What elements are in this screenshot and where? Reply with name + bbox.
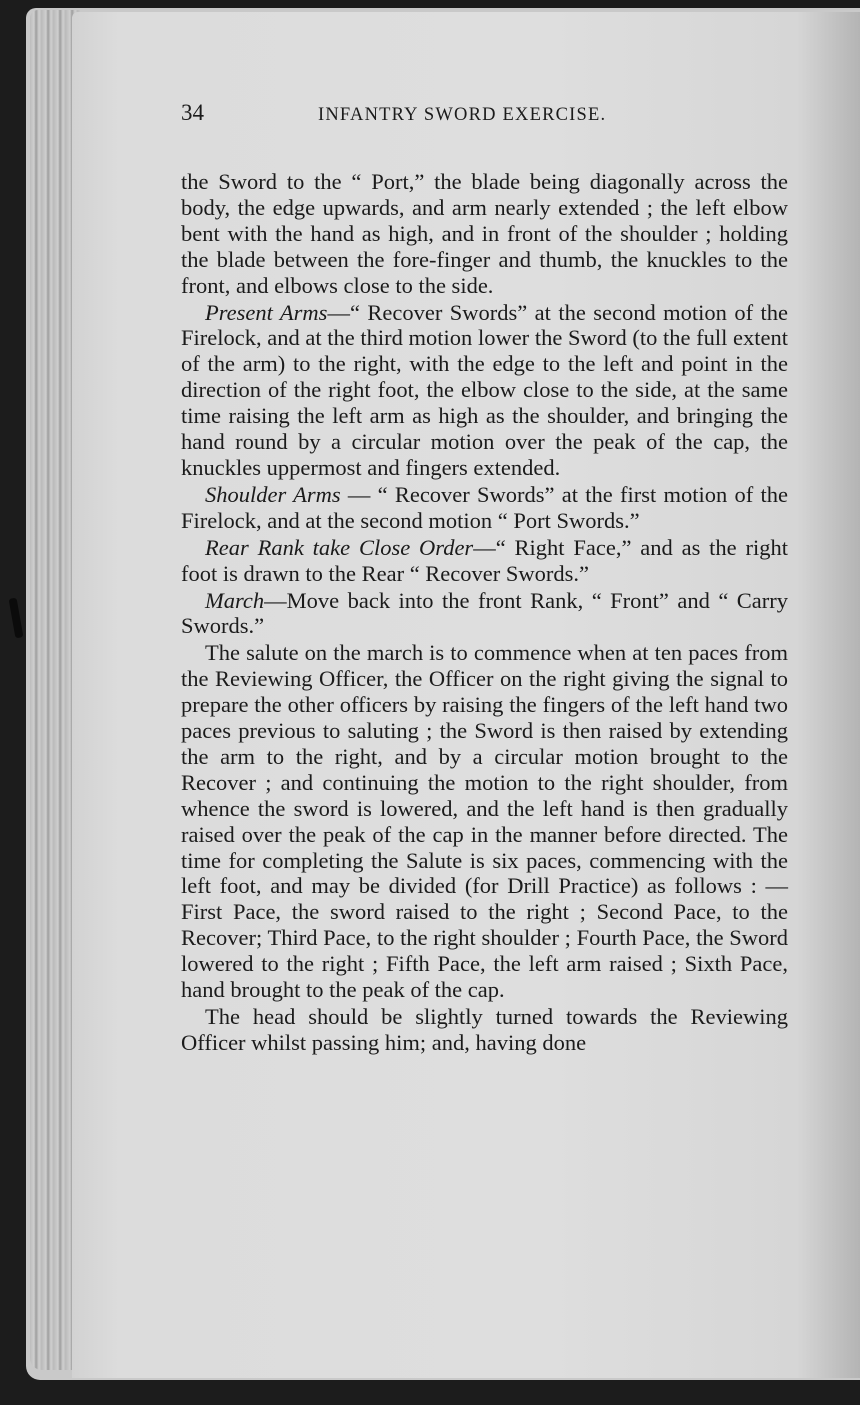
paragraph-march: March—Move back into the front Rank, “ F… [181, 588, 788, 640]
paragraph-lead: Present Arms [205, 300, 327, 325]
page-number: 34 [181, 100, 221, 126]
running-head: 34 INFANTRY SWORD EXERCISE. [181, 100, 788, 140]
paragraph-text: —Move back into the front Rank, “ Front”… [181, 588, 788, 639]
paragraph-shoulder-arms: Shoulder Arms — “ Recover Swords” at the… [181, 482, 788, 534]
paragraph-port-continuation: the Sword to the “ Port,” the blade bein… [181, 169, 788, 299]
running-head-title: INFANTRY SWORD EXERCISE. [318, 103, 606, 129]
paragraph-lead: March [205, 588, 264, 613]
page-content: 34 INFANTRY SWORD EXERCISE. the Sword to… [181, 100, 788, 1057]
paragraph-salute-on-march: The salute on the march is to commence w… [181, 640, 788, 1003]
paragraph-lead: Shoulder Arms [205, 482, 341, 507]
paragraph-head-turned: The head should be slightly turned towar… [181, 1004, 788, 1056]
paragraph-text: The salute on the march is to commence w… [181, 640, 788, 1002]
paragraph-text: the Sword to the “ Port,” the blade bein… [181, 169, 788, 298]
paragraph-rear-rank: Rear Rank take Close Order—“ Right Face,… [181, 535, 788, 587]
paragraph-present-arms: Present Arms—“ Recover Swords” at the se… [181, 300, 788, 481]
paragraph-text: The head should be slightly turned towar… [181, 1004, 788, 1055]
gutter-mark [9, 598, 24, 639]
paragraph-text: —“ Recover Swords” at the second motion … [181, 300, 788, 480]
paragraph-lead: Rear Rank take Close Order [205, 535, 473, 560]
